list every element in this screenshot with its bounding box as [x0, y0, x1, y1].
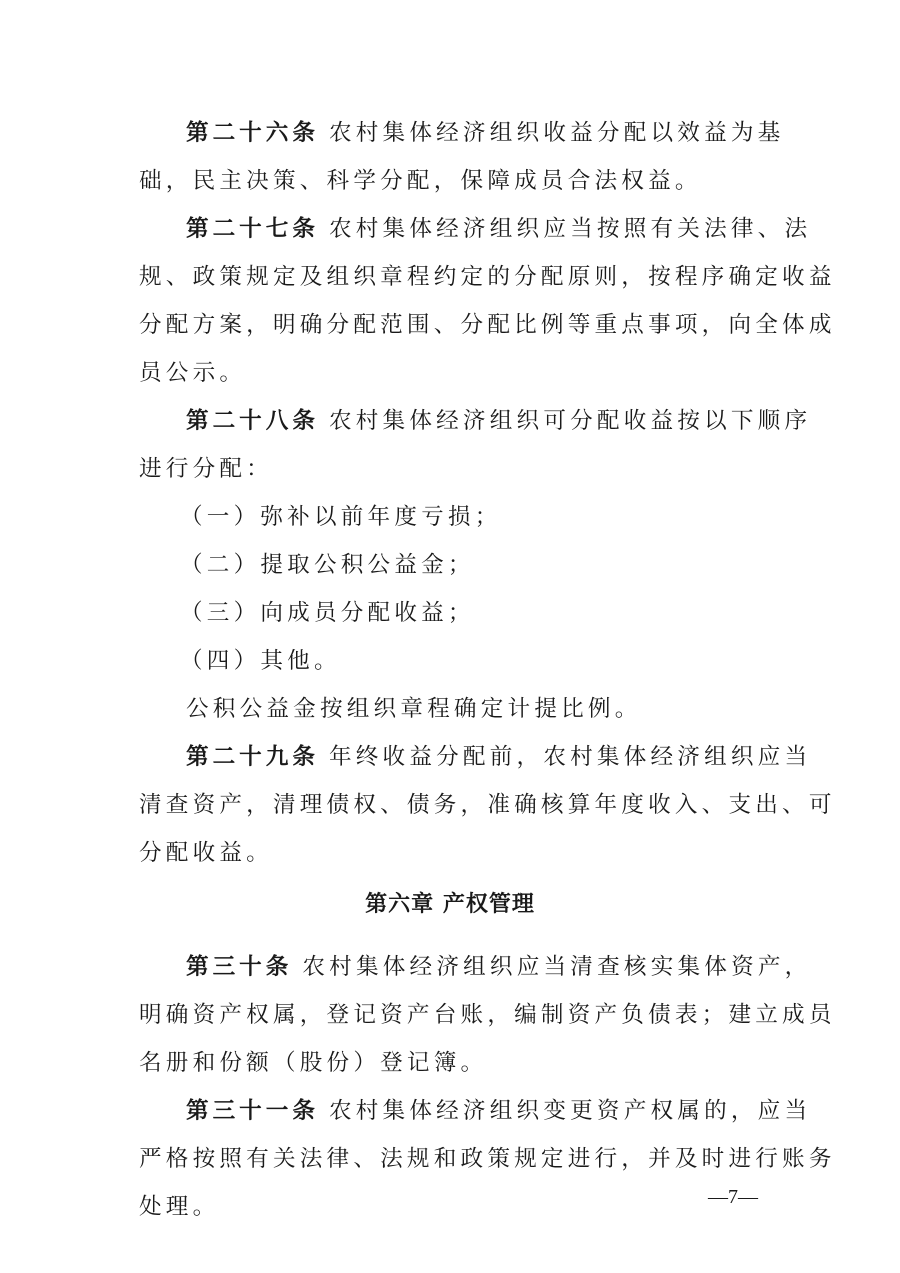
article-text: 年终收益分配前，农村集体经济组织应当: [329, 744, 811, 770]
article-28-note: 公积公益金按组织章程确定计提比例。: [186, 694, 811, 724]
article-number: 第三十一条: [186, 1098, 319, 1124]
article-31-line-3: 处理。: [139, 1192, 764, 1222]
list-item-3: （三）向成员分配收益；: [180, 598, 805, 628]
page-number: —7—: [708, 1184, 758, 1210]
article-30-line-3: 名册和份额（股份）登记簿。: [139, 1048, 764, 1078]
article-28-line-1: 第二十八条农村集体经济组织可分配收益按以下顺序: [186, 406, 811, 436]
document-page: 第二十六条农村集体经济组织收益分配以效益为基 础，民主决策、科学分配，保障成员合…: [0, 0, 900, 1273]
article-number: 第二十九条: [186, 744, 319, 770]
list-item-4: （四）其他。: [180, 646, 805, 676]
article-number: 第二十七条: [186, 216, 319, 242]
article-29-line-3: 分配收益。: [139, 838, 764, 868]
article-28-line-2: 进行分配：: [139, 454, 764, 484]
list-item-2: （二）提取公积公益金；: [180, 550, 805, 580]
article-27-line-2: 规、政策规定及组织章程约定的分配原则，按程序确定收益: [139, 262, 764, 292]
chapter-title: 第六章 产权管理: [0, 890, 900, 920]
article-number: 第二十六条: [186, 120, 319, 146]
article-29-line-1: 第二十九条年终收益分配前，农村集体经济组织应当: [186, 742, 811, 772]
article-29-line-2: 清查资产，清理债权、债务，准确核算年度收入、支出、可: [139, 790, 764, 820]
article-text: 农村集体经济组织收益分配以效益为基: [329, 120, 785, 146]
article-27-line-4: 员公示。: [139, 358, 764, 388]
article-number: 第二十八条: [186, 408, 319, 434]
article-30-line-1: 第三十条农村集体经济组织应当清查核实集体资产，: [186, 952, 811, 982]
list-item-1: （一）弥补以前年度亏损；: [180, 502, 805, 532]
article-26-line-1: 第二十六条农村集体经济组织收益分配以效益为基: [186, 118, 811, 148]
article-30-line-2: 明确资产权属，登记资产台账，编制资产负债表；建立成员: [139, 1000, 764, 1030]
article-27-line-1: 第二十七条农村集体经济组织应当按照有关法律、法: [186, 214, 811, 244]
article-26-line-2: 础，民主决策、科学分配，保障成员合法权益。: [139, 166, 764, 196]
article-text: 农村集体经济组织变更资产权属的，应当: [329, 1098, 811, 1124]
article-number: 第三十条: [186, 954, 292, 980]
article-27-line-3: 分配方案，明确分配范围、分配比例等重点事项，向全体成: [139, 310, 764, 340]
article-31-line-1: 第三十一条农村集体经济组织变更资产权属的，应当: [186, 1096, 811, 1126]
article-31-line-2: 严格按照有关法律、法规和政策规定进行，并及时进行账务: [139, 1144, 764, 1174]
article-text: 农村集体经济组织应当清查核实集体资产，: [302, 954, 811, 980]
article-text: 农村集体经济组织可分配收益按以下顺序: [329, 408, 811, 434]
article-text: 农村集体经济组织应当按照有关法律、法: [329, 216, 811, 242]
